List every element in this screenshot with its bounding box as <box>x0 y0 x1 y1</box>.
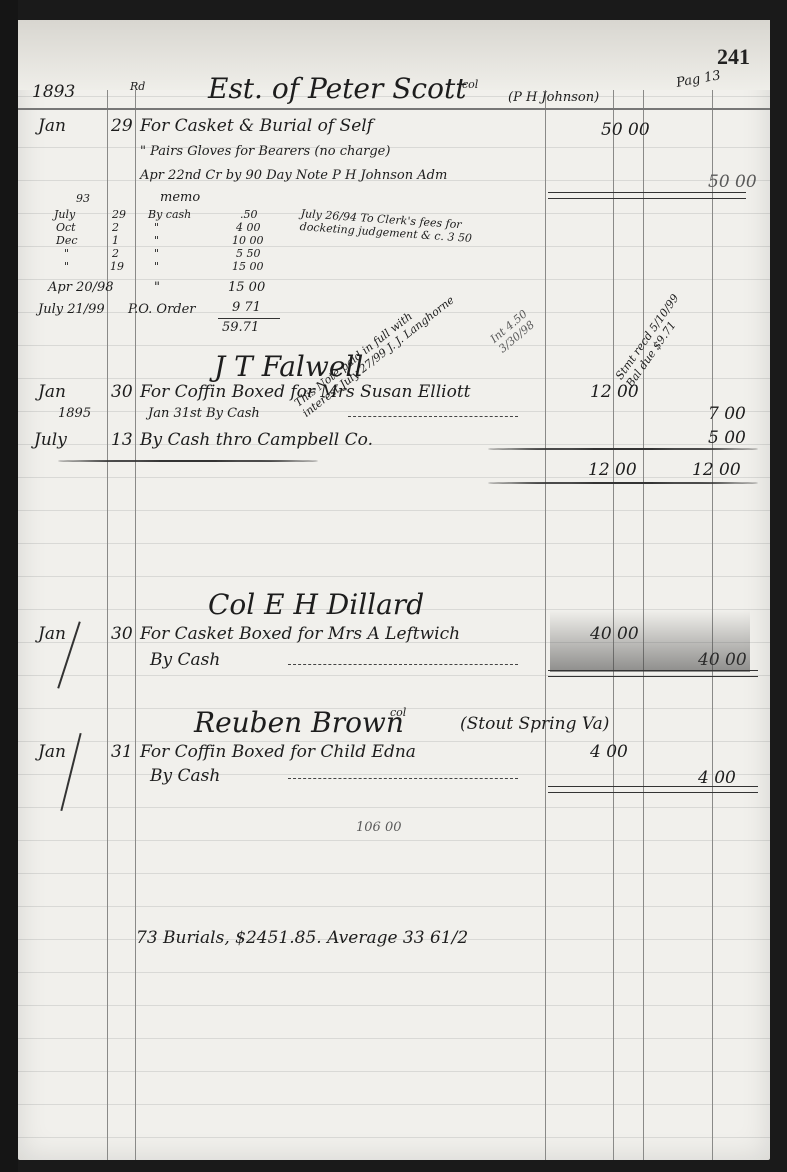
memo-amount: 4 00 <box>236 221 261 234</box>
entry-month: Jan <box>38 382 66 402</box>
memo-amount: 15 00 <box>232 260 264 273</box>
memo-amount: 5 50 <box>236 247 261 260</box>
fill-dash <box>348 416 518 417</box>
memo-day: 29 <box>112 208 126 221</box>
column-rule-day <box>135 90 136 1160</box>
memo-amount: .50 <box>240 208 258 221</box>
entry-month: July <box>34 430 67 450</box>
total-double-rule <box>548 786 758 793</box>
column-rule-particulars <box>545 90 546 1160</box>
entry-month: Jan <box>38 624 66 644</box>
memo-total: 59.71 <box>222 320 259 335</box>
memo-sum-rule <box>218 318 280 319</box>
ledger-page: 241 1893 Rd Est. of Peter Scott col (P H… <box>18 20 770 1160</box>
memo-desc: " <box>154 260 159 273</box>
sum-rule <box>488 448 758 450</box>
memo-desc: " <box>154 280 160 295</box>
account-title-falwell: J T Falwell <box>214 350 363 383</box>
entry-day: 29 <box>111 116 133 136</box>
column-rule-month <box>107 90 108 1160</box>
ink-smear <box>550 610 750 672</box>
memo-desc: " <box>154 234 159 247</box>
page-number: 241 <box>717 44 750 70</box>
memo-day: 2 <box>112 247 119 260</box>
entry-text: For Casket & Burial of Self <box>140 116 373 136</box>
memo-date: Apr 20/98 <box>48 280 114 295</box>
entry-text: memo <box>160 190 200 205</box>
memo-date: July <box>54 208 75 221</box>
book-binding <box>0 0 18 1172</box>
entry-debit: 50 00 <box>601 120 650 140</box>
account-suffix: col <box>462 78 478 91</box>
burials-summary: 73 Burials, $2451.85. Average 33 61/2 <box>136 928 468 948</box>
memo-day: 1 <box>112 234 119 247</box>
memo-day: 19 <box>110 260 124 273</box>
memo-date: Dec <box>56 234 78 247</box>
memo-amount: 15 00 <box>228 280 265 295</box>
memo-desc: " <box>154 221 159 234</box>
entry-year: 1895 <box>58 406 91 421</box>
entry-text: " Pairs Gloves for Bearers (no charge) <box>140 144 390 159</box>
memo-desc: By cash <box>148 208 191 221</box>
memo-date: Oct <box>56 221 76 234</box>
entry-day: 30 <box>111 624 133 644</box>
note-statement: Stmt recd 5/10/99 Bal due $9.71 <box>613 276 703 389</box>
memo-date: July 21/99 <box>38 302 105 317</box>
entry-credit: 7 00 <box>708 404 746 424</box>
entry-text: By Cash <box>150 650 220 670</box>
account-location: (Stout Spring Va) <box>460 714 609 734</box>
entry-month: Jan <box>38 116 66 136</box>
entry-text: For Coffin Boxed for Mrs Susan Elliott <box>140 382 471 402</box>
account-title-scott: Est. of Peter Scott <box>208 72 466 105</box>
closing-flourish <box>58 460 318 462</box>
entry-month: Jan <box>38 742 66 762</box>
header-mark: Rd <box>130 80 145 93</box>
memo-year: 93 <box>76 192 90 205</box>
total-double-rule <box>488 482 758 484</box>
header-year: 1893 <box>32 82 75 102</box>
fill-dash <box>288 778 518 779</box>
total-double-rule <box>548 192 746 199</box>
entry-day: 31 <box>111 742 133 762</box>
entry-debit: 12 00 <box>590 382 639 402</box>
entry-text: Apr 22nd Cr by 90 Day Note P H Johnson A… <box>140 168 447 183</box>
memo-desc: " <box>154 247 159 260</box>
entry-debit: 4 00 <box>590 742 628 762</box>
memo-amount: 9 71 <box>232 300 261 315</box>
note-clerk-fees: July 26/94 To Clerk's fees for docketing… <box>299 207 500 247</box>
entry-day: 13 <box>111 430 133 450</box>
header-rule <box>18 108 770 110</box>
account-title-dillard: Col E H Dillard <box>208 588 424 621</box>
entry-text: By Cash <box>150 766 220 786</box>
entry-credit: 4 00 <box>698 768 736 788</box>
entry-text: For Casket Boxed for Mrs A Leftwich <box>140 624 460 644</box>
note-interest: Int 4.50 3/30/98 <box>488 291 558 356</box>
total-double-rule <box>548 670 758 677</box>
page-subtotal: 106 00 <box>356 820 402 835</box>
total-debit: 12 00 <box>588 460 637 480</box>
header-agent: (P H Johnson) <box>508 90 599 105</box>
account-suffix: col <box>390 706 406 719</box>
memo-date: " <box>64 247 69 260</box>
entry-text: Jan 31st By Cash <box>148 406 260 421</box>
entry-text: For Coffin Boxed for Child Edna <box>140 742 416 762</box>
entry-day: 30 <box>111 382 133 402</box>
entry-credit: 5 00 <box>708 428 746 448</box>
account-title-brown: Reuben Brown <box>194 706 404 739</box>
memo-date: " <box>64 260 69 273</box>
fill-dash <box>288 664 518 665</box>
total-credit: 12 00 <box>692 460 741 480</box>
entry-text: By Cash thro Campbell Co. <box>140 430 373 450</box>
entry-credit: 50 00 <box>708 172 757 192</box>
memo-desc: P.O. Order <box>128 302 196 317</box>
memo-day: 2 <box>112 221 119 234</box>
memo-amount: 10 00 <box>232 234 264 247</box>
